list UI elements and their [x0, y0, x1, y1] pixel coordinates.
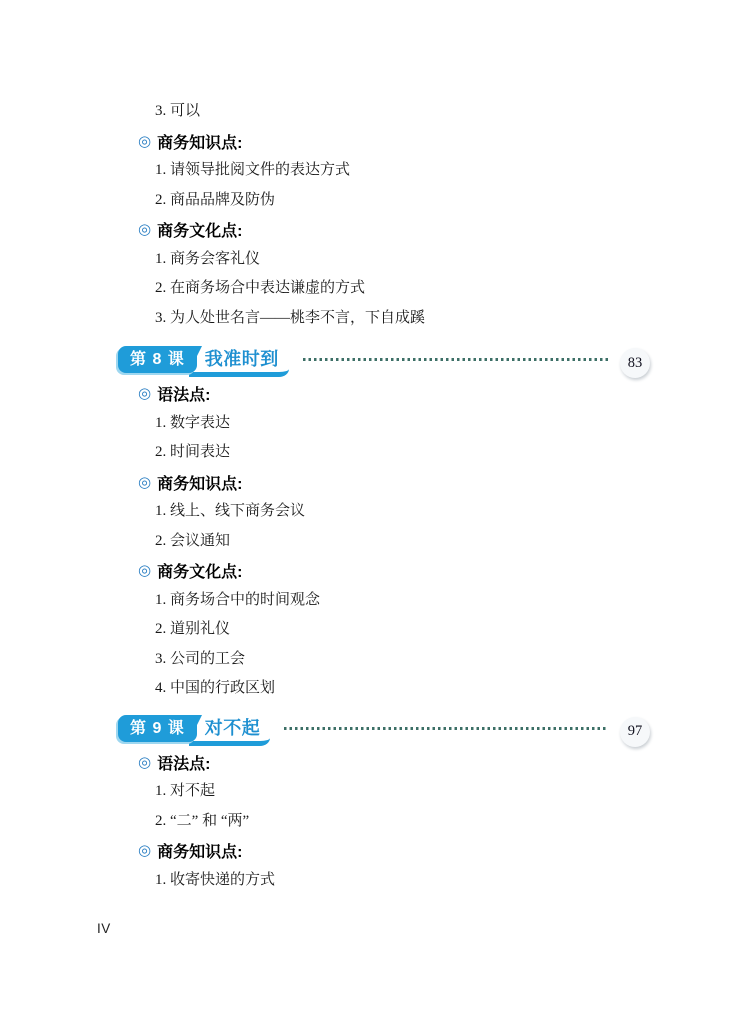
bullseye-bullet-icon: ◎ — [138, 563, 151, 578]
toc-item: 3. 可以 — [155, 97, 750, 127]
lesson-number-badge: 第 8 课 — [118, 346, 197, 373]
bullseye-bullet-icon: ◎ — [138, 134, 151, 149]
table-of-contents: 3. 可以 ◎ 商务知识点: 1. 请领导批阅文件的表达方式 2. 商品品牌及防… — [0, 0, 750, 895]
toc-item: 1. 商务会客礼仪 — [155, 245, 750, 275]
toc-heading-label: 语法点: — [157, 751, 210, 774]
footer-page-number: IV — [97, 921, 111, 936]
lesson-title: 对不起 — [205, 715, 261, 741]
toc-item: 1. 数字表达 — [155, 409, 750, 439]
toc-item: 3. 为人处世名言——桃李不言，下自成蹊 — [155, 304, 750, 334]
toc-heading-label: 语法点: — [157, 382, 210, 405]
toc-heading-label: 商务知识点: — [157, 839, 242, 862]
toc-heading: ◎ 商务知识点: — [138, 468, 750, 498]
dotted-leader — [303, 358, 608, 361]
toc-heading: ◎ 商务知识点: — [138, 836, 750, 866]
toc-item: 2. 道别礼仪 — [155, 615, 750, 645]
bullseye-bullet-icon: ◎ — [138, 222, 151, 237]
toc-item: 2. 时间表达 — [155, 438, 750, 468]
page-number-badge: 83 — [620, 348, 650, 378]
toc-item: 2. 在商务场合中表达谦虚的方式 — [155, 274, 750, 304]
bullseye-bullet-icon: ◎ — [138, 755, 151, 770]
lesson-header: 第 9 课 对不起 97 — [118, 715, 650, 748]
toc-item: 2. “二” 和 “两” — [155, 807, 750, 837]
lesson-title: 我准时到 — [205, 346, 279, 372]
lesson-page-number: 97 — [628, 723, 643, 740]
page-number-badge: 97 — [620, 717, 650, 747]
toc-item: 4. 中国的行政区划 — [155, 674, 750, 704]
toc-heading-label: 商务知识点: — [157, 471, 242, 494]
toc-heading: ◎ 商务文化点: — [138, 556, 750, 586]
bullseye-bullet-icon: ◎ — [138, 386, 151, 401]
lesson-title-tab: 我准时到 — [189, 346, 289, 377]
toc-heading: ◎ 语法点: — [138, 748, 750, 778]
toc-heading-label: 商务文化点: — [157, 218, 242, 241]
book-page: 3. 可以 ◎ 商务知识点: 1. 请领导批阅文件的表达方式 2. 商品品牌及防… — [0, 0, 750, 1011]
lesson-title-tab: 对不起 — [189, 715, 271, 746]
lesson-page-number: 83 — [628, 355, 643, 372]
toc-item: 1. 线上、线下商务会议 — [155, 497, 750, 527]
toc-heading: ◎ 商务文化点: — [138, 215, 750, 245]
toc-heading-label: 商务知识点: — [157, 130, 242, 153]
toc-item: 2. 会议通知 — [155, 527, 750, 557]
toc-item: 1. 商务场合中的时间观念 — [155, 586, 750, 616]
toc-item: 2. 商品品牌及防伪 — [155, 186, 750, 216]
bullseye-bullet-icon: ◎ — [138, 843, 151, 858]
dotted-leader — [284, 727, 608, 730]
bullseye-bullet-icon: ◎ — [138, 475, 151, 490]
toc-item: 3. 公司的工会 — [155, 645, 750, 675]
toc-heading: ◎ 商务知识点: — [138, 127, 750, 157]
toc-item: 1. 请领导批阅文件的表达方式 — [155, 156, 750, 186]
toc-heading: ◎ 语法点: — [138, 379, 750, 409]
toc-item: 1. 收寄快递的方式 — [155, 866, 750, 896]
toc-heading-label: 商务文化点: — [157, 559, 242, 582]
lesson-number-badge: 第 9 课 — [118, 715, 197, 742]
toc-item: 1. 对不起 — [155, 777, 750, 807]
lesson-header: 第 8 课 我准时到 83 — [118, 346, 650, 379]
